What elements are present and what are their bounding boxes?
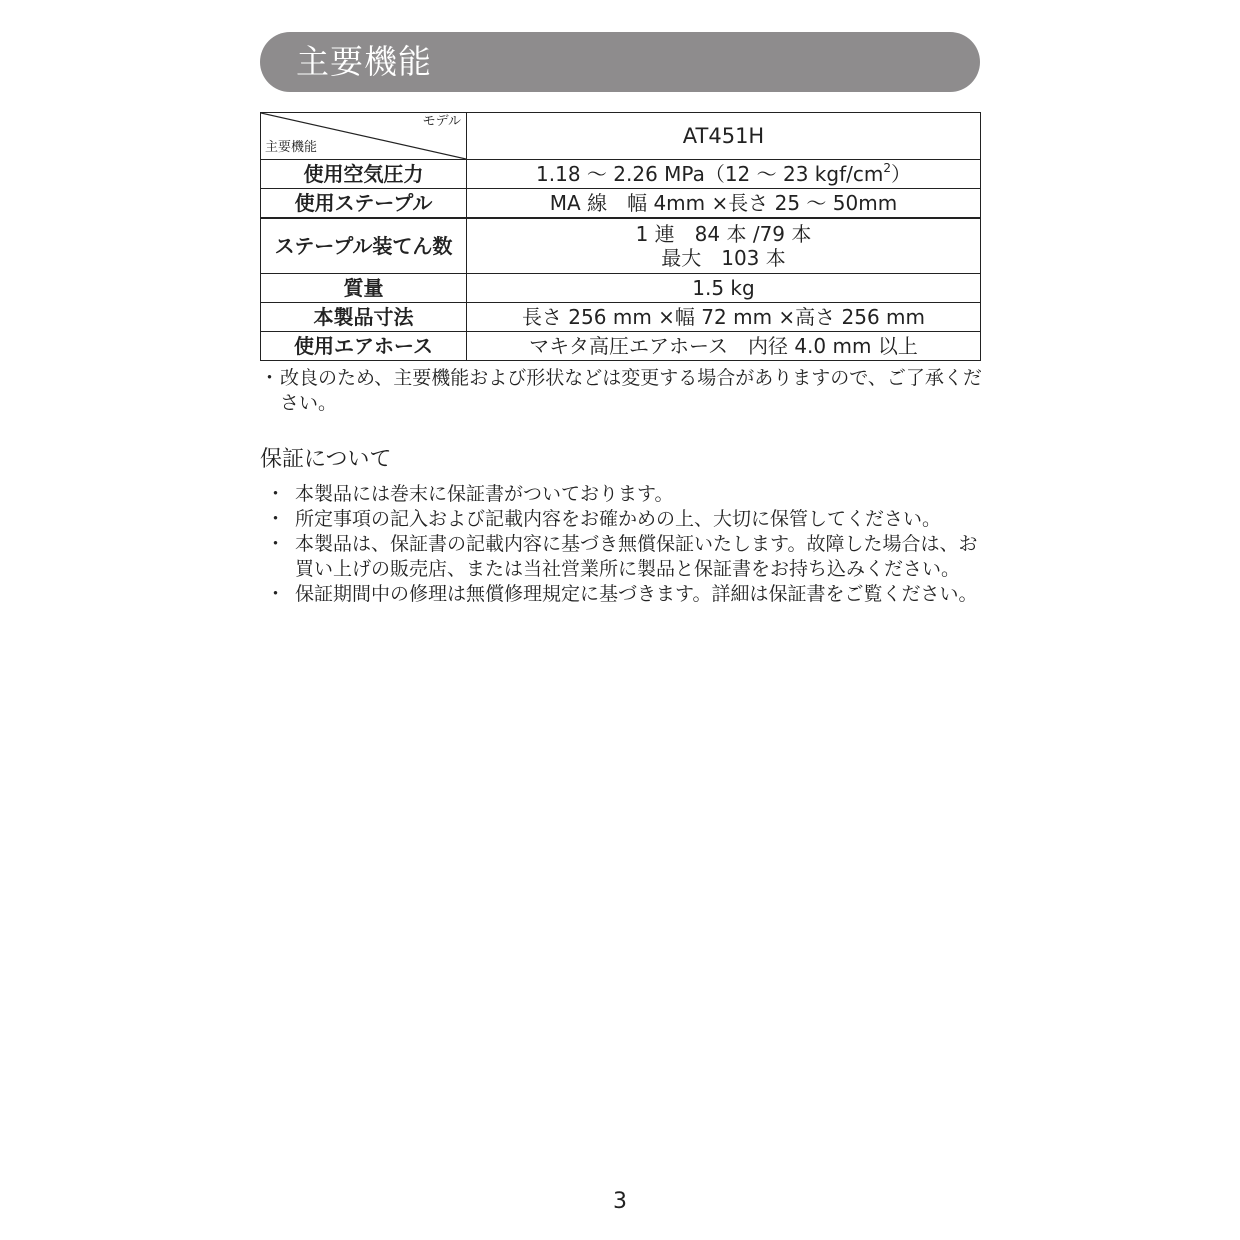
header-diagonal-cell: モデル 主要機能 xyxy=(261,113,467,160)
warranty-list: ・本製品には巻末に保証書がついております。 ・所定事項の記入および記載内容をお確… xyxy=(266,482,982,607)
row-label: 使用エアホース xyxy=(261,332,467,361)
page-number: 3 xyxy=(0,1189,1240,1214)
list-item: ・保証期間中の修理は無償修理規定に基づきます。詳細は保証書をご覧ください。 xyxy=(266,582,982,607)
section-title: 主要機能 xyxy=(296,40,432,84)
row-label: 本製品寸法 xyxy=(261,303,467,332)
spec-table: モデル 主要機能 AT451H 使用空気圧力 1.18 ～ 2.26 MPa（1… xyxy=(260,112,981,361)
list-item-text: 所定事項の記入および記載内容をお確かめの上、大切に保管してください。 xyxy=(295,508,941,530)
feature-label: 主要機能 xyxy=(265,140,317,156)
table-row: ステープル装てん数 1 連 84 本 /79 本 最大 103 本 xyxy=(261,218,981,274)
list-item: ・所定事項の記入および記載内容をお確かめの上、大切に保管してください。 xyxy=(266,507,982,532)
list-item-text: 保証期間中の修理は無償修理規定に基づきます。詳細は保証書をご覧ください。 xyxy=(295,583,977,605)
table-row: 使用ステープル MA 線 幅 4mm ×長さ 25 ～ 50mm xyxy=(261,189,981,219)
row-label: ステープル装てん数 xyxy=(261,218,467,274)
bullet: ・ xyxy=(266,482,285,507)
row-value: マキタ高圧エアホース 内径 4.0 mm 以上 xyxy=(467,332,981,361)
section-banner: 主要機能 xyxy=(260,32,980,92)
bullet: ・ xyxy=(266,582,285,607)
spec-note: ・ 改良のため、主要機能および形状などは変更する場合がありますので、ご了承くださ… xyxy=(260,366,982,416)
row-value: MA 線 幅 4mm ×長さ 25 ～ 50mm xyxy=(467,189,981,219)
row-value: 1 連 84 本 /79 本 最大 103 本 xyxy=(467,218,981,274)
superscript: 2 xyxy=(883,161,891,175)
row-value: 1.18 ～ 2.26 MPa（12 ～ 23 kgf/cm2） xyxy=(467,160,981,189)
table-row: 使用空気圧力 1.18 ～ 2.26 MPa（12 ～ 23 kgf/cm2） xyxy=(261,160,981,189)
pressure-value: 1.18 ～ 2.26 MPa（12 ～ 23 kgf/cm xyxy=(536,162,883,186)
table-row: 質量 1.5 kg xyxy=(261,274,981,303)
table-row: 本製品寸法 長さ 256 mm ×幅 72 mm ×高さ 256 mm xyxy=(261,303,981,332)
value-line: 最大 103 本 xyxy=(467,246,980,270)
bullet: ・ xyxy=(266,532,285,557)
warranty-heading: 保証について xyxy=(260,446,392,474)
value-line: 1 連 84 本 /79 本 xyxy=(467,222,980,246)
list-item: ・本製品には巻末に保証書がついております。 xyxy=(266,482,982,507)
table-row: 使用エアホース マキタ高圧エアホース 内径 4.0 mm 以上 xyxy=(261,332,981,361)
model-label: モデル xyxy=(423,114,461,130)
row-value: 長さ 256 mm ×幅 72 mm ×高さ 256 mm xyxy=(467,303,981,332)
row-label: 質量 xyxy=(261,274,467,303)
note-text: 改良のため、主要機能および形状などは変更する場合がありますので、ご了承ください。 xyxy=(260,366,982,416)
model-name: AT451H xyxy=(467,113,981,160)
list-item-text: 本製品には巻末に保証書がついております。 xyxy=(295,483,673,505)
row-label: 使用空気圧力 xyxy=(261,160,467,189)
list-item-text: 本製品は、保証書の記載内容に基づき無償保証いたします。故障した場合は、お買い上げ… xyxy=(295,533,977,580)
table-header-row: モデル 主要機能 AT451H xyxy=(261,113,981,160)
bullet: ・ xyxy=(260,366,279,391)
bullet: ・ xyxy=(266,507,285,532)
list-item: ・本製品は、保証書の記載内容に基づき無償保証いたします。故障した場合は、お買い上… xyxy=(266,532,982,582)
row-value: 1.5 kg xyxy=(467,274,981,303)
pressure-value-tail: ） xyxy=(891,162,911,186)
row-label: 使用ステープル xyxy=(261,189,467,219)
